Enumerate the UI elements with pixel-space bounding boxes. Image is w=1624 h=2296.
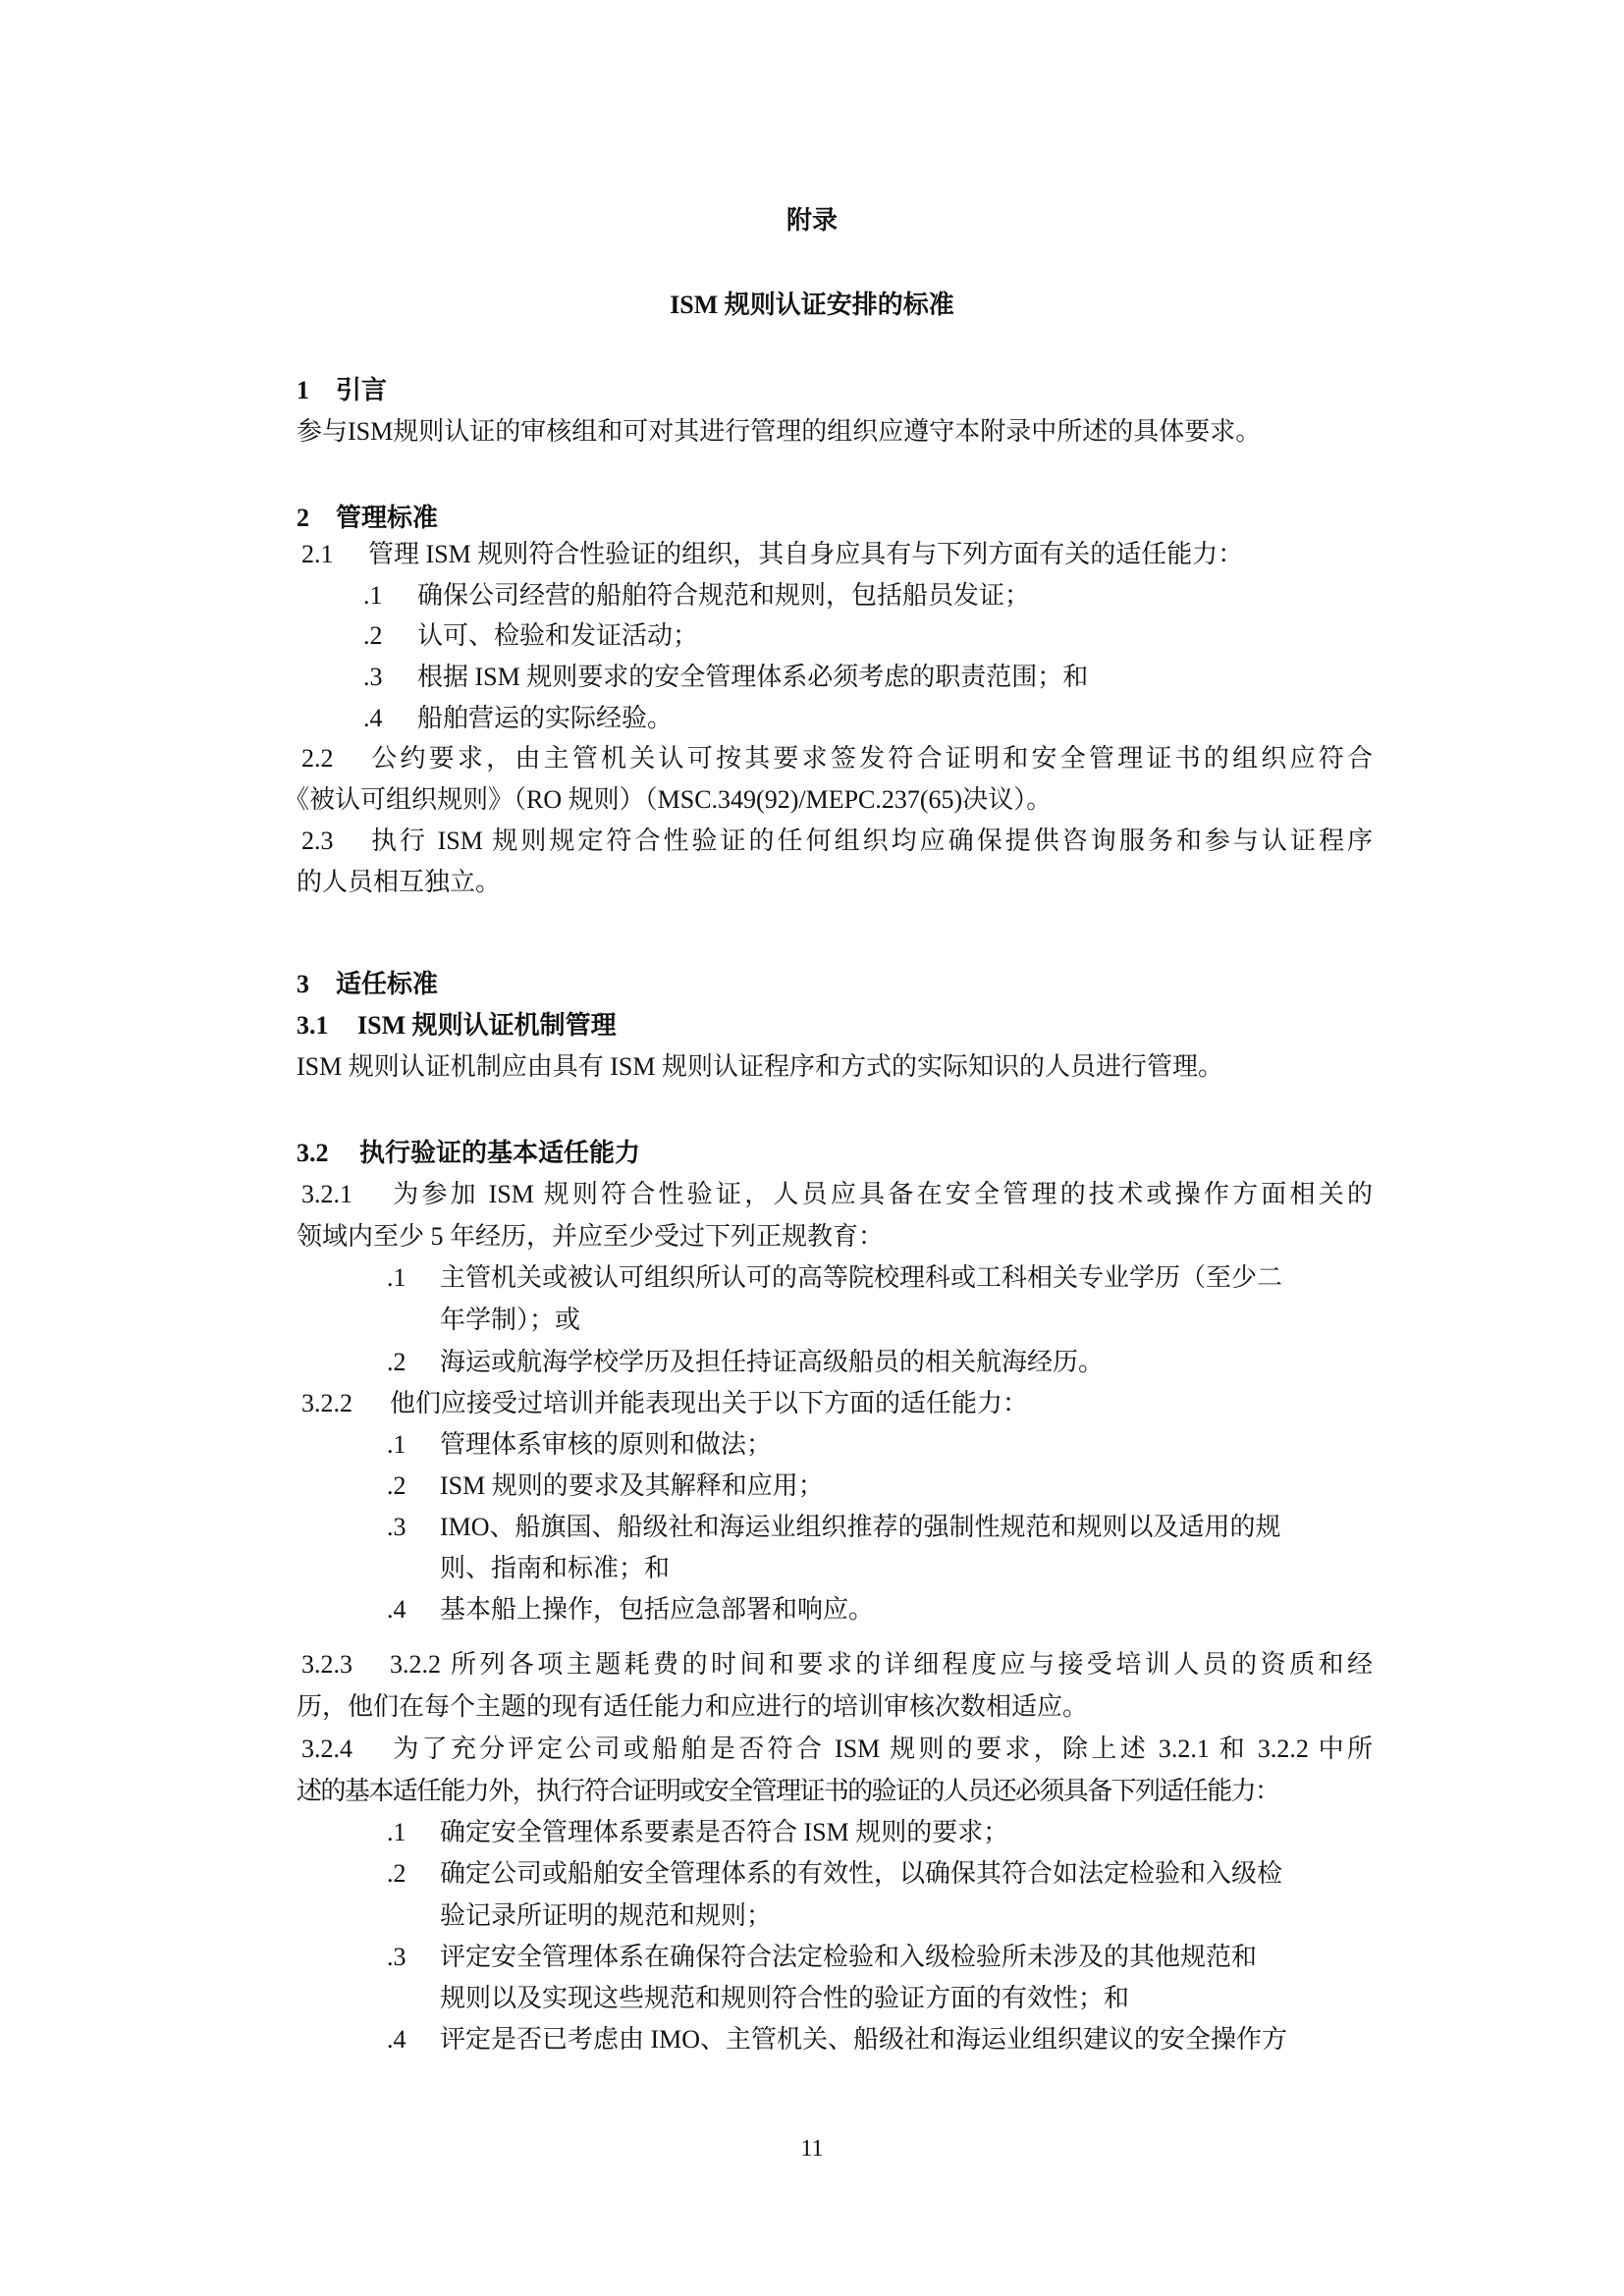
section-title: 适任标准 (336, 970, 438, 998)
item-text: 确定安全管理体系要素是否符合 ISM 规则的要求； (440, 1818, 1008, 1846)
list-item: .3评定安全管理体系在确保符合法定检验和入级检验所未涉及的其他规范和 (387, 1943, 1257, 1972)
list-item: .2认可、检验和发证活动； (363, 621, 698, 651)
item-text: 确保公司经营的船舶符合规范和规则，包括船员发证； (417, 581, 1030, 610)
paragraph-number: 2.3 (301, 827, 368, 856)
item-text: 管理体系审核的原则和做法； (440, 1430, 772, 1459)
item-number: .4 (387, 1595, 440, 1625)
list-item: .2ISM 规则的要求及其解释和应用； (387, 1471, 824, 1501)
list-item-continuation: 年学制）；或 (440, 1306, 580, 1335)
item-number: .4 (387, 2025, 440, 2055)
list-item-continuation: 则、指南和标准；和 (440, 1554, 670, 1583)
list-item: .3根据 ISM 规则要求的安全管理体系必须考虑的职责范围；和 (363, 663, 1088, 692)
subsection-title: 执行验证的基本适任能力 (359, 1139, 640, 1167)
section-3-heading: 3适任标准 (297, 970, 438, 999)
item-text: 基本船上操作，包括应急部署和响应。 (440, 1595, 874, 1624)
document-title: ISM 规则认证安排的标准 (0, 291, 1624, 320)
paragraph-2-3-line-1: 2.3执行 ISM 规则规定符合性验证的任何组织均应确保提供咨询服务和参与认证程… (301, 827, 1373, 856)
subsection-3-2-heading: 3.2执行验证的基本适任能力 (297, 1139, 640, 1168)
paragraph-2-2-line-1: 2.2公约要求，由主管机关认可按其要求签发符合证明和安全管理证书的组织应符合 (301, 744, 1373, 774)
list-item-continuation: 验记录所证明的规范和规则； (440, 1901, 772, 1931)
paragraph-3-2-4-line-2: 述的基本适任能力外，执行符合证明或安全管理证书的验证的人员还必须具备下列适任能力… (297, 1777, 1278, 1806)
section-1-heading: 1引言 (297, 376, 387, 405)
paragraph-text: 公约要求，由主管机关认可按其要求签发符合证明和安全管理证书的组织应符合 (368, 744, 1373, 773)
section-number: 2 (297, 504, 336, 533)
paragraph-number: 3.2.4 (301, 1735, 390, 1764)
paragraph-3-2-4-line-1: 3.2.4为了充分评定公司或船舶是否符合 ISM 规则的要求，除上述 3.2.1… (301, 1735, 1373, 1764)
item-number: .3 (363, 663, 417, 692)
paragraph-text: 3.2.2 所列各项主题耗费的时间和要求的详细程度应与接受培训人员的资质和经 (390, 1650, 1373, 1679)
list-item: .1确保公司经营的船舶符合规范和规则，包括船员发证； (363, 581, 1030, 611)
document-page: 附录 ISM 规则认证安排的标准 1引言 参与ISM规则认证的审核组和可对其进行… (0, 0, 1624, 2296)
page-number: 11 (0, 2134, 1624, 2163)
paragraph-text: 管理 ISM 规则符合性验证的组织，其自身应具有与下列方面有关的适任能力： (368, 540, 1243, 568)
subsection-3-1-body: ISM 规则认证机制应由具有 ISM 规则认证程序和方式的实际知识的人员进行管理… (297, 1052, 1223, 1082)
subsection-title: ISM 规则认证机制管理 (357, 1011, 617, 1040)
list-item: .1主管机关或被认可组织所认可的高等院校理科或工科相关专业学历（至少二 (387, 1263, 1282, 1293)
section-1-body: 参与ISM规则认证的审核组和可对其进行管理的组织应遵守本附录中所述的具体要求。 (297, 417, 1261, 447)
list-item: .3IMO、船旗国、船级社和海运业组织推荐的强制性规范和规则以及适用的规 (387, 1513, 1281, 1542)
item-number: .1 (387, 1263, 440, 1293)
paragraph-number: 3.2.1 (301, 1180, 390, 1209)
subsection-number: 3.1 (297, 1011, 357, 1041)
item-text: 船舶营运的实际经验。 (417, 704, 673, 732)
section-number: 3 (297, 970, 336, 999)
section-title: 管理标准 (336, 504, 438, 532)
item-number: .1 (363, 581, 417, 611)
paragraph-3-2-1-line-2: 领域内至少 5 年经历，并应至少受过下列正规教育： (297, 1222, 884, 1252)
item-number: .3 (387, 1513, 440, 1542)
item-text: 根据 ISM 规则要求的安全管理体系必须考虑的职责范围；和 (417, 663, 1088, 691)
subsection-3-1-heading: 3.1ISM 规则认证机制管理 (297, 1011, 617, 1041)
item-number: .4 (363, 704, 417, 733)
paragraph-2-2-line-2: 《被认可组织规则》（RO 规则）（MSC.349(92)/MEPC.237(65… (284, 785, 1052, 815)
paragraph-2-3-line-2: 的人员相互独立。 (297, 868, 501, 897)
list-item: .1管理体系审核的原则和做法； (387, 1430, 772, 1460)
item-number: .1 (387, 1818, 440, 1847)
list-item: .1确定安全管理体系要素是否符合 ISM 规则的要求； (387, 1818, 1008, 1847)
section-2-heading: 2管理标准 (297, 504, 438, 533)
appendix-title: 附录 (0, 206, 1624, 236)
item-number: .3 (387, 1943, 440, 1972)
item-number: .1 (387, 1430, 440, 1460)
item-text: 海运或航海学校学历及担任持证高级船员的相关航海经历。 (440, 1348, 1104, 1376)
item-number: .2 (387, 1348, 440, 1377)
list-item: .4基本船上操作，包括应急部署和响应。 (387, 1595, 874, 1625)
paragraph-3-2-2: 3.2.2他们应接受过培训并能表现出关于以下方面的适任能力： (301, 1389, 1028, 1418)
item-text: 主管机关或被认可组织所认可的高等院校理科或工科相关专业学历（至少二 (440, 1263, 1282, 1292)
item-text: IMO、船旗国、船级社和海运业组织推荐的强制性规范和规则以及适用的规 (440, 1513, 1281, 1541)
item-text: 评定是否已考虑由 IMO、主管机关、船级社和海运业组织建议的安全操作方 (440, 2025, 1287, 2054)
paragraph-3-2-3-line-2: 历，他们在每个主题的现有适任能力和应进行的培训审核次数相适应。 (297, 1692, 1088, 1722)
item-text: ISM 规则的要求及其解释和应用； (440, 1471, 824, 1500)
paragraph-text: 他们应接受过培训并能表现出关于以下方面的适任能力： (390, 1389, 1028, 1417)
paragraph-text: 为参加 ISM 规则符合性验证，人员应具备在安全管理的技术或操作方面相关的 (390, 1180, 1373, 1208)
paragraph-3-2-3-line-1: 3.2.33.2.2 所列各项主题耗费的时间和要求的详细程度应与接受培训人员的资… (301, 1650, 1373, 1680)
item-text: 确定公司或船舶安全管理体系的有效性，以确保其符合如法定检验和入级检 (440, 1859, 1282, 1888)
paragraph-2-1: 2.1管理 ISM 规则符合性验证的组织，其自身应具有与下列方面有关的适任能力： (301, 540, 1243, 569)
section-title: 引言 (336, 376, 387, 404)
paragraph-3-2-1-line-1: 3.2.1为参加 ISM 规则符合性验证，人员应具备在安全管理的技术或操作方面相… (301, 1180, 1373, 1209)
item-number: .2 (387, 1471, 440, 1501)
list-item: .4船舶营运的实际经验。 (363, 704, 673, 733)
item-number: .2 (363, 621, 417, 651)
item-text: 认可、检验和发证活动； (417, 621, 698, 650)
list-item: .2海运或航海学校学历及担任持证高级船员的相关航海经历。 (387, 1348, 1104, 1377)
paragraph-number: 3.2.2 (301, 1389, 390, 1418)
section-number: 1 (297, 376, 336, 405)
paragraph-number: 2.1 (301, 540, 368, 569)
list-item: .2确定公司或船舶安全管理体系的有效性，以确保其符合如法定检验和入级检 (387, 1859, 1282, 1889)
paragraph-text: 为了充分评定公司或船舶是否符合 ISM 规则的要求，除上述 3.2.1 和 3.… (390, 1735, 1373, 1763)
subsection-number: 3.2 (297, 1139, 359, 1168)
list-item: .4评定是否已考虑由 IMO、主管机关、船级社和海运业组织建议的安全操作方 (387, 2025, 1287, 2055)
item-text: 评定安全管理体系在确保符合法定检验和入级检验所未涉及的其他规范和 (440, 1943, 1257, 1971)
paragraph-text: 执行 ISM 规则规定符合性验证的任何组织均应确保提供咨询服务和参与认证程序 (368, 827, 1373, 855)
list-item-continuation: 规则以及实现这些规范和规则符合性的验证方面的有效性；和 (440, 1984, 1129, 2013)
item-number: .2 (387, 1859, 440, 1889)
paragraph-number: 2.2 (301, 744, 368, 774)
paragraph-number: 3.2.3 (301, 1650, 390, 1680)
